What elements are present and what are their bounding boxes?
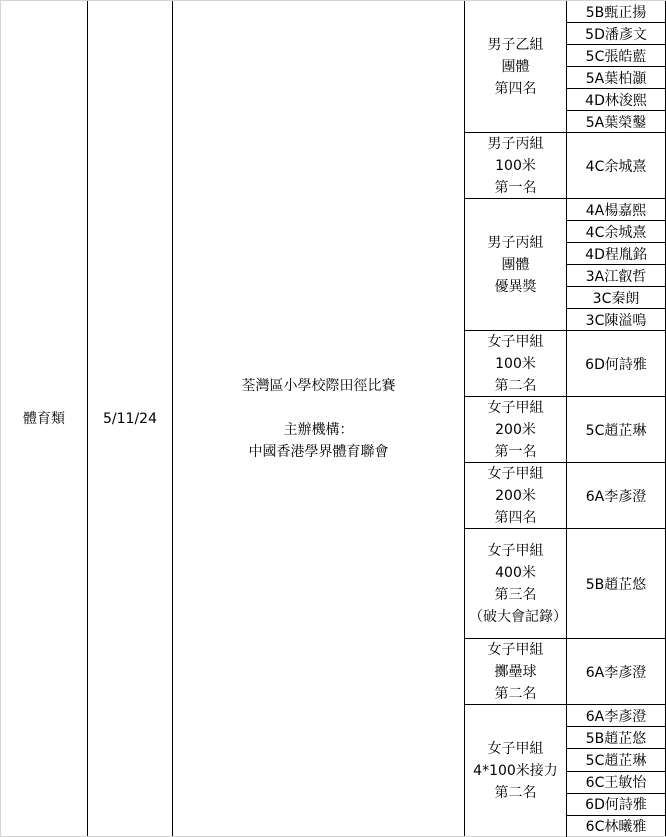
event-cell: 女子甲組 4*100米接力 第二名 bbox=[465, 705, 567, 837]
winner-cell: 5B甄正揚 bbox=[567, 1, 665, 23]
winners-list: 4C余城熹 bbox=[567, 133, 665, 198]
award-row: 男子乙組 團體 第四名5B甄正揚5D潘彥文5C張皓藍5A葉柏灝4D林浚熙5A葉榮… bbox=[465, 1, 665, 133]
winner-cell: 5C趙芷琳 bbox=[567, 749, 665, 771]
winner-cell: 6D何詩雅 bbox=[567, 794, 665, 816]
winner-cell: 6C林曦雅 bbox=[567, 816, 665, 837]
winners-list: 6A李彥澄 bbox=[567, 463, 665, 528]
winner-cell: 6A李彥澄 bbox=[567, 705, 665, 727]
winner-cell: 5D潘彥文 bbox=[567, 23, 665, 45]
winner-cell: 6D何詩雅 bbox=[567, 331, 665, 396]
winner-cell: 5A葉榮鑿 bbox=[567, 111, 665, 132]
event-cell: 女子甲組 200米 第一名 bbox=[465, 397, 567, 462]
winner-cell: 4C余城熹 bbox=[567, 133, 665, 198]
winner-cell: 5C張皓藍 bbox=[567, 45, 665, 67]
awards-column: 男子乙組 團體 第四名5B甄正揚5D潘彥文5C張皓藍5A葉柏灝4D林浚熙5A葉榮… bbox=[464, 1, 666, 836]
winners-list: 4A楊嘉熙4C余城熹4D程胤銘3A江叡哲3C秦朗3C陳溢鳴 bbox=[567, 199, 665, 330]
award-row: 女子甲組 200米 第一名5C趙芷琳 bbox=[465, 397, 665, 463]
winners-list: 5C趙芷琳 bbox=[567, 397, 665, 462]
event-cell: 女子甲組 400米 第三名 （破大會記錄） bbox=[465, 529, 567, 638]
event-cell: 男子丙組 100米 第一名 bbox=[465, 133, 567, 198]
award-row: 女子甲組 4*100米接力 第二名6A李彥澄5B趙芷悠5C趙芷琳6C王敏怡6D何… bbox=[465, 705, 665, 837]
competition-text: 荃灣區小學校際田徑比賽 主辦機構： 中國香港學界體育聯會 bbox=[242, 375, 396, 463]
winner-cell: 6A李彥澄 bbox=[567, 639, 665, 704]
award-row: 男子丙組 100米 第一名4C余城熹 bbox=[465, 133, 665, 199]
winner-cell: 3A江叡哲 bbox=[567, 265, 665, 287]
award-row: 女子甲組 100米 第二名6D何詩雅 bbox=[465, 331, 665, 397]
winner-cell: 4A楊嘉熙 bbox=[567, 199, 665, 221]
award-row: 女子甲組 擲壘球 第二名6A李彥澄 bbox=[465, 639, 665, 705]
competition-cell: 荃灣區小學校際田徑比賽 主辦機構： 中國香港學界體育聯會 bbox=[172, 1, 464, 836]
winner-cell: 6A李彥澄 bbox=[567, 463, 665, 528]
event-cell: 女子甲組 200米 第四名 bbox=[465, 463, 567, 528]
event-cell: 女子甲組 100米 第二名 bbox=[465, 331, 567, 396]
winners-list: 6A李彥澄 bbox=[567, 639, 665, 704]
winner-cell: 6C王敏怡 bbox=[567, 772, 665, 794]
category-text: 體育類 bbox=[23, 408, 65, 430]
winner-cell: 5A葉柏灝 bbox=[567, 67, 665, 89]
winner-cell: 3C陳溢鳴 bbox=[567, 309, 665, 330]
winner-cell: 5C趙芷琳 bbox=[567, 397, 665, 462]
winner-cell: 4D林浚熙 bbox=[567, 89, 665, 111]
winners-list: 5B甄正揚5D潘彥文5C張皓藍5A葉柏灝4D林浚熙5A葉榮鑿 bbox=[567, 1, 665, 132]
winner-cell: 5B趙芷悠 bbox=[567, 727, 665, 749]
date-text: 5/11/24 bbox=[103, 408, 157, 430]
winners-list: 6A李彥澄5B趙芷悠5C趙芷琳6C王敏怡6D何詩雅6C林曦雅 bbox=[567, 705, 665, 837]
event-cell: 男子乙組 團體 第四名 bbox=[465, 1, 567, 132]
winner-cell: 4C余城熹 bbox=[567, 221, 665, 243]
award-row: 女子甲組 400米 第三名 （破大會記錄）5B趙芷悠 bbox=[465, 529, 665, 639]
winner-cell: 5B趙芷悠 bbox=[567, 529, 665, 638]
winner-cell: 3C秦朗 bbox=[567, 287, 665, 309]
winners-list: 5B趙芷悠 bbox=[567, 529, 665, 638]
awards-table: 體育類 5/11/24 荃灣區小學校際田徑比賽 主辦機構： 中國香港學界體育聯會… bbox=[0, 0, 666, 837]
winners-list: 6D何詩雅 bbox=[567, 331, 665, 396]
category-cell: 體育類 bbox=[1, 1, 87, 836]
event-cell: 女子甲組 擲壘球 第二名 bbox=[465, 639, 567, 704]
date-cell: 5/11/24 bbox=[87, 1, 172, 836]
award-row: 女子甲組 200米 第四名6A李彥澄 bbox=[465, 463, 665, 529]
award-row: 男子丙組 團體 優異獎4A楊嘉熙4C余城熹4D程胤銘3A江叡哲3C秦朗3C陳溢鳴 bbox=[465, 199, 665, 331]
winner-cell: 4D程胤銘 bbox=[567, 243, 665, 265]
event-cell: 男子丙組 團體 優異獎 bbox=[465, 199, 567, 330]
